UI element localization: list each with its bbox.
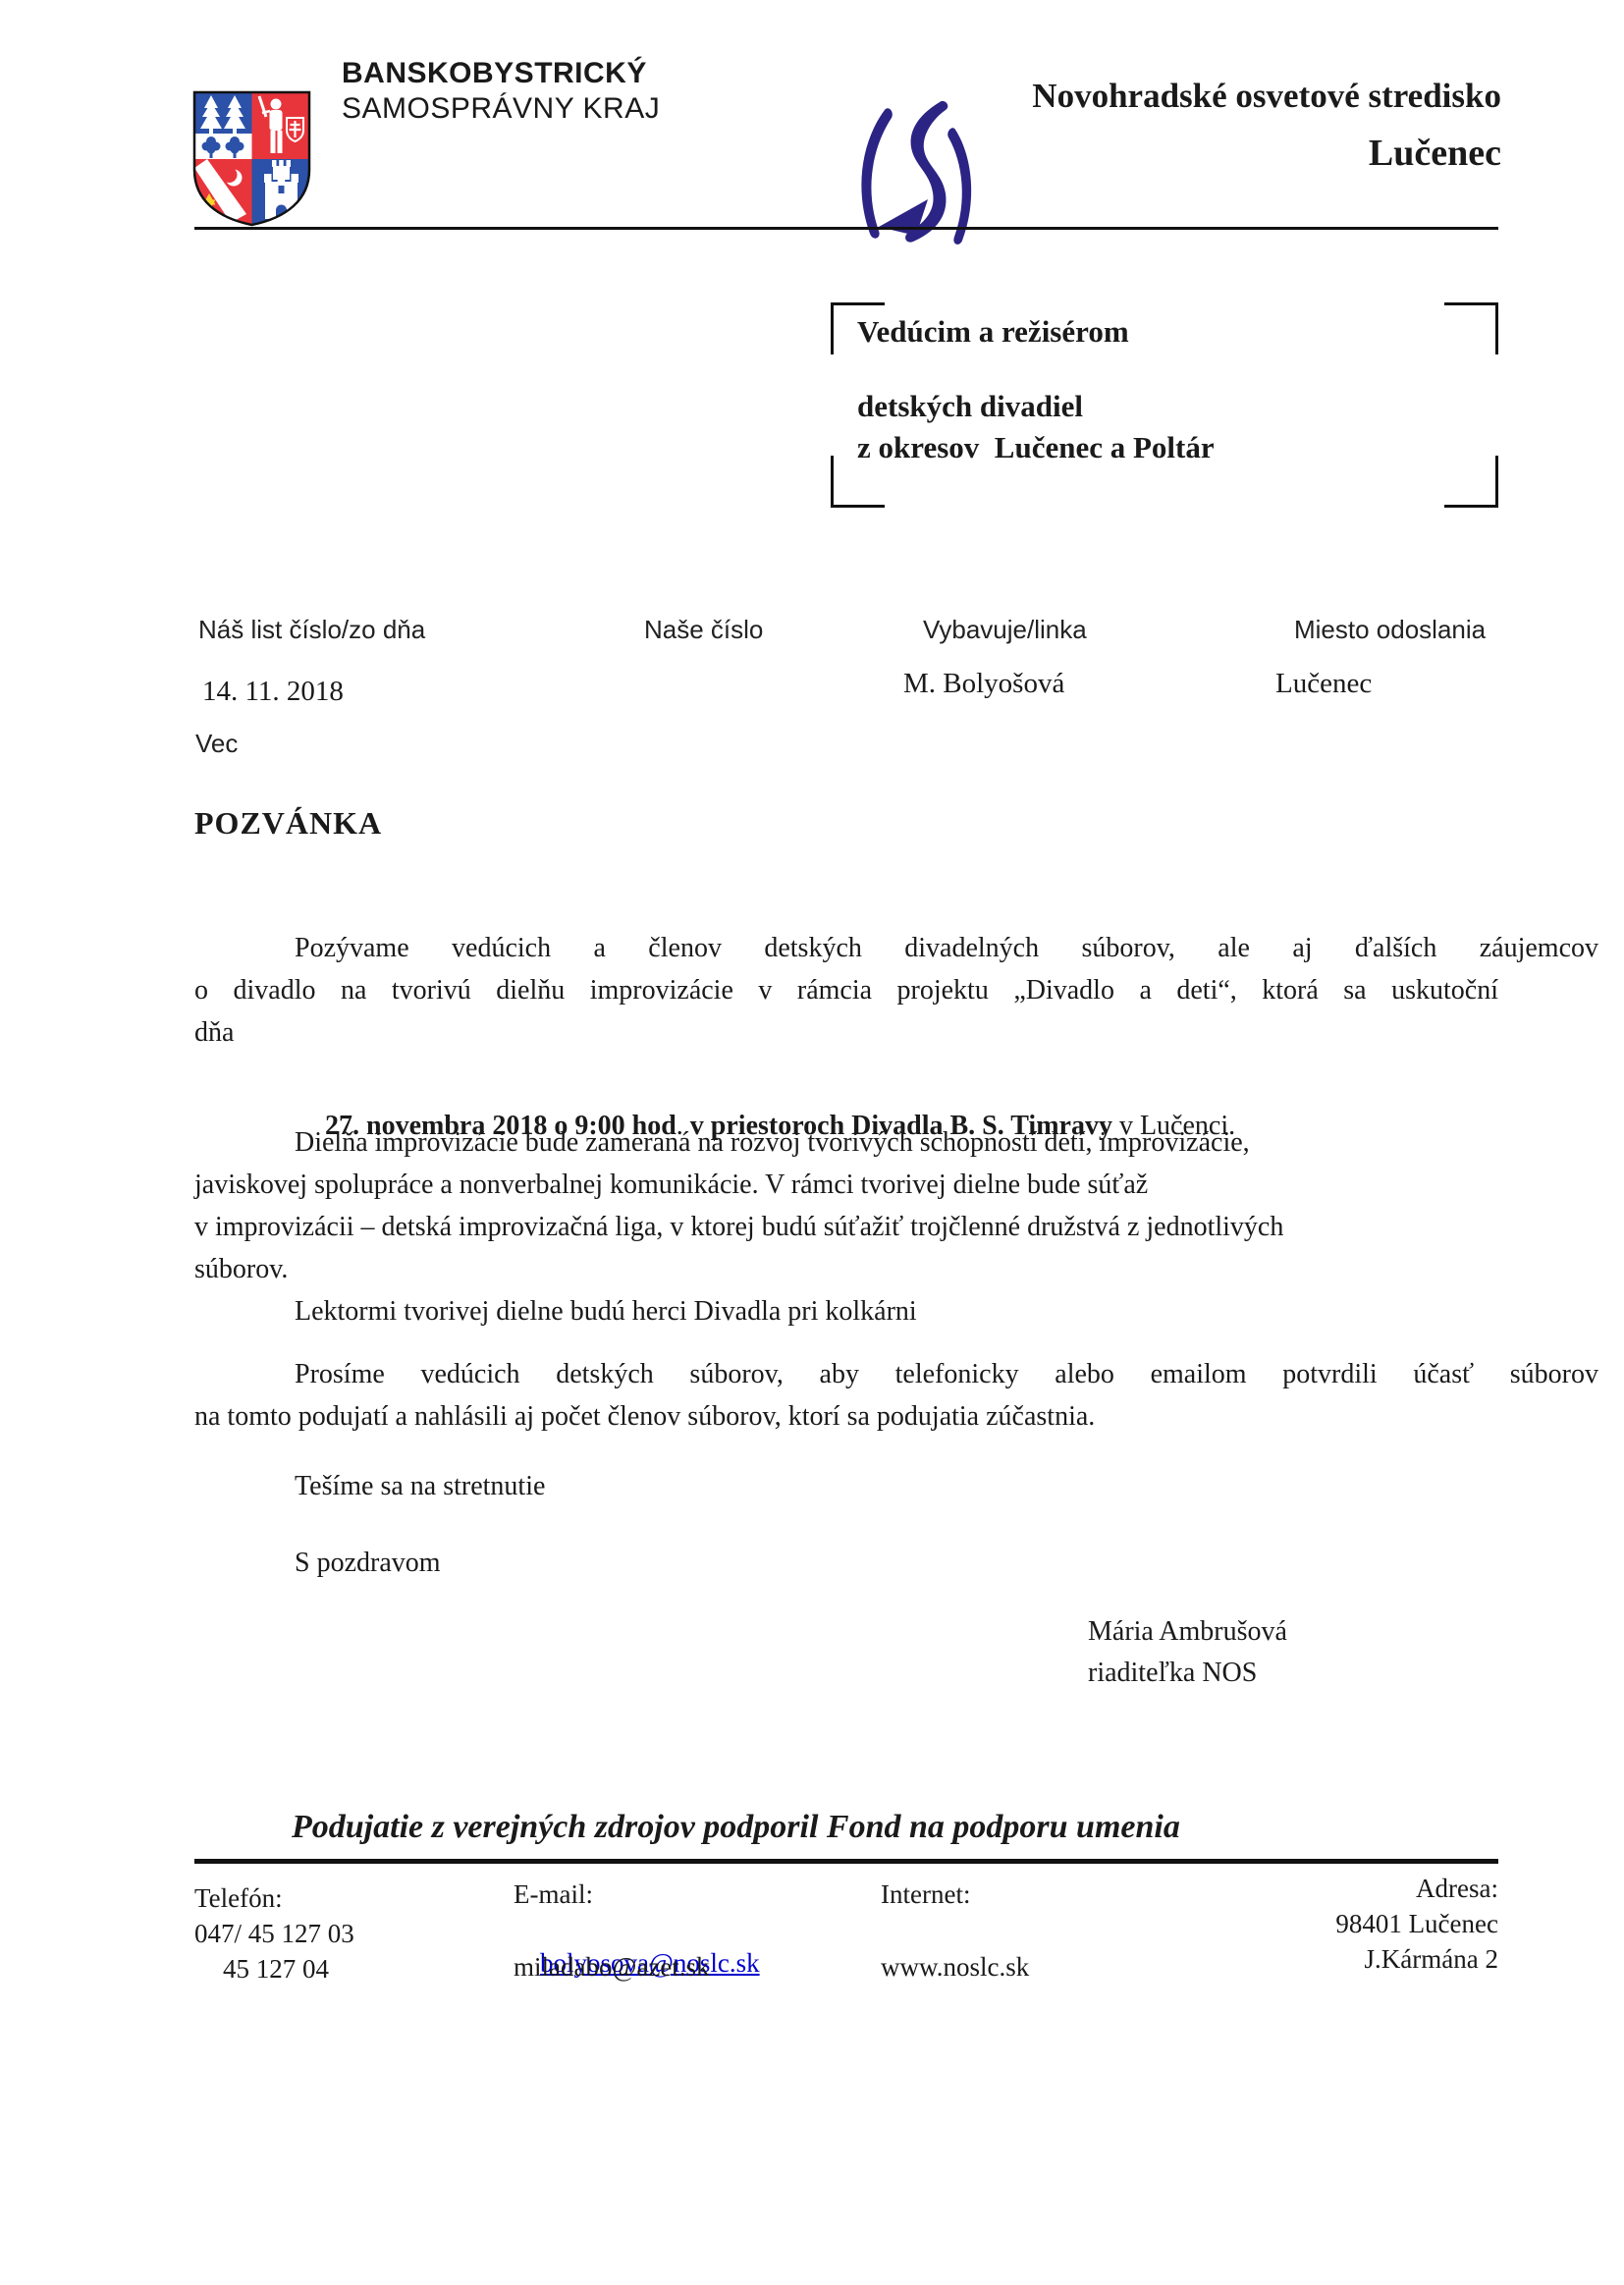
footer-address-label: Adresa: <box>1129 1872 1498 1905</box>
paragraph2-line1: Dielňa improvizácie bude zameraná na roz… <box>194 1121 1598 1164</box>
paragraph2-line3: v improvizácii – detská improvizačná lig… <box>194 1206 1498 1248</box>
footer-phone-2: 45 127 04 <box>223 1952 329 1986</box>
ref-label-place: Miesto odoslania <box>1294 615 1486 645</box>
region-name-line2: SAMOSPRÁVNY KRAJ <box>342 92 660 126</box>
footer-internet-label: Internet: <box>881 1877 970 1911</box>
address-window-corner-top-right <box>1444 302 1498 354</box>
signature-name: Mária Ambrušová <box>1088 1610 1500 1653</box>
region-name-line1: BANSKOBYSTRICKÝ <box>342 57 647 90</box>
paragraph1-line3: dňa <box>194 1011 1498 1054</box>
recipient-line1: Vedúcim a režisérom <box>857 314 1129 350</box>
ref-value-handled-by: M. Bolyošová <box>903 668 1064 700</box>
signature-role: riaditeľka NOS <box>1088 1652 1500 1694</box>
paragraph2-line2: javiskovej spolupráce a nonverbalnej kom… <box>194 1164 1498 1206</box>
funding-tagline: Podujatie z verejných zdrojov podporil F… <box>292 1809 1180 1846</box>
coat-of-arms-icon <box>189 52 314 194</box>
ref-value-place: Lučenec <box>1275 668 1372 700</box>
subject-label: Vec <box>195 729 238 759</box>
letter-title: POZVÁNKA <box>194 805 382 842</box>
address-window-corner-bottom-right <box>1444 456 1498 508</box>
footer-address-1: 98401 Lučenec <box>1129 1907 1498 1940</box>
ref-label-our-number: Naše číslo <box>644 615 763 645</box>
closing-line1: Tešíme sa na stretnutie <box>194 1465 1598 1507</box>
paragraph1-line2: o divadlo na tvorivú dielňu improvizácie… <box>194 969 1498 1011</box>
footer-address-2: J.Kármána 2 <box>1129 1942 1498 1976</box>
footer-email-2: miladabo@azet.sk <box>514 1950 710 1984</box>
org-name-line2: Lučenec <box>884 132 1501 175</box>
lecturers-line: Lektormi tvorivej dielne budú herci Diva… <box>194 1290 1598 1333</box>
footer-internet-url: www.noslc.sk <box>881 1950 1029 1984</box>
footer-divider <box>194 1859 1498 1864</box>
footer-phone-1: 047/ 45 127 03 <box>194 1917 354 1950</box>
footer-email-label: E-mail: <box>514 1877 593 1911</box>
org-name-line1: Novohradské osvetové stredisko <box>884 77 1501 116</box>
letter-page: BANSKOBYSTRICKÝ SAMOSPRÁVNY KRAJ Novohra… <box>0 0 1624 2285</box>
header-divider <box>194 227 1498 230</box>
recipient-line2: detských divadiel <box>857 389 1083 424</box>
recipient-line3: z okresov Lučenec a Poltár <box>857 430 1215 465</box>
ref-label-handled-by: Vybavuje/linka <box>923 615 1087 645</box>
paragraph1-line1: Pozývame vedúcich a členov detských diva… <box>194 927 1598 969</box>
footer-phone-label: Telefón: <box>194 1881 283 1915</box>
paragraph3-line2: na tomto podujatí a nahlásili aj počet č… <box>194 1395 1498 1438</box>
paragraph3-line1: Prosíme vedúcich detských súborov, aby t… <box>194 1353 1598 1395</box>
paragraph2-line4: súborov. <box>194 1248 1498 1290</box>
ref-label-our-number-date: Náš list číslo/zo dňa <box>198 615 425 645</box>
closing-line2: S pozdravom <box>194 1542 1598 1584</box>
ref-value-date: 14. 11. 2018 <box>202 676 344 708</box>
